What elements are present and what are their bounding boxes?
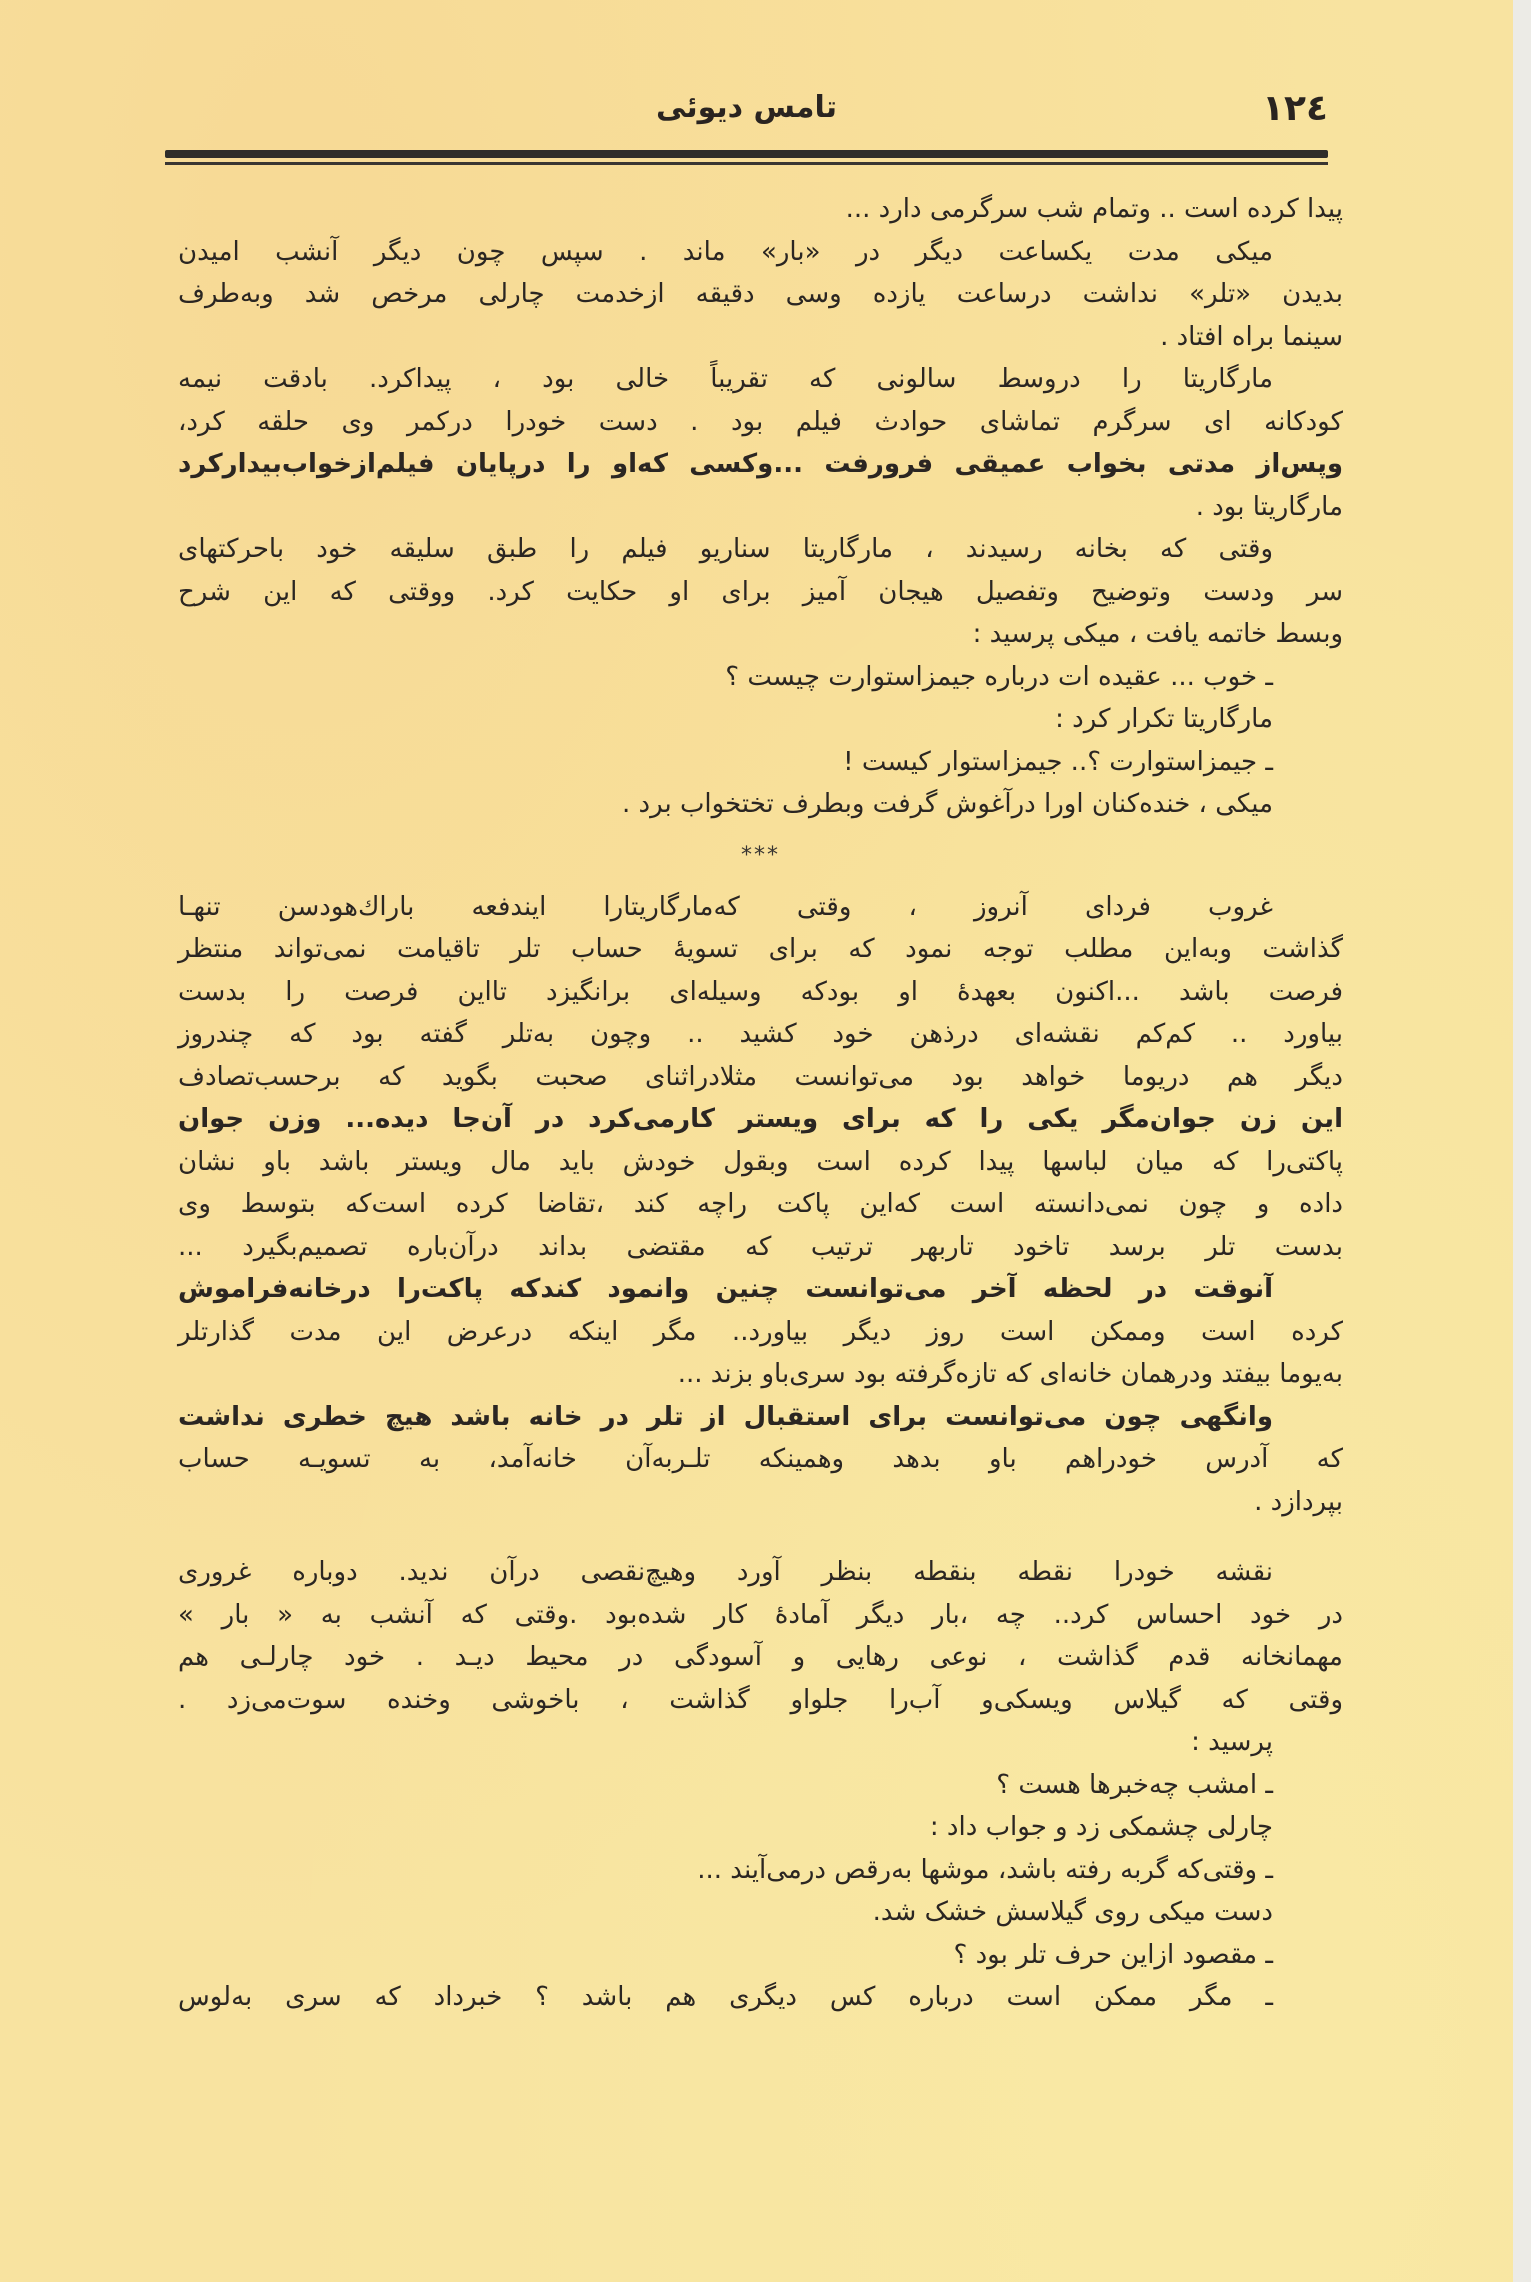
text-line: وانگهی چون می‌توانست برای استقبال از تلر… xyxy=(178,1396,1343,1439)
text-line: سینما براه افتاد . xyxy=(178,316,1343,359)
paragraph-3: مارگاریتا را دروسط سالونی که تقریباً خال… xyxy=(178,358,1343,528)
paragraph-6: آنوقت در لحظه آخر می‌توانست چنین وانمود … xyxy=(178,1268,1343,1396)
text-line: سر ودست وتوضیح وتفصیل هیجان آمیز برای او… xyxy=(178,571,1343,614)
dialog-line: ـ مگر ممکن است درباره کس دیگری هم باشد ؟… xyxy=(178,1976,1343,2019)
section-separator: *** xyxy=(178,826,1343,886)
text-line: کودکانه ای سرگرم تماشای حوادث فیلم بود .… xyxy=(178,401,1343,444)
text-line: پرسید : xyxy=(178,1721,1343,1764)
dialog-line: دست میکی روی گیلاسش خشک شد. xyxy=(178,1891,1343,1934)
dialog-line: ـ مقصود ازاین حرف تلر بود ؟ xyxy=(178,1934,1343,1977)
dialog-line: ـ وقتی‌که گربه رفته باشد، موشها به‌رقص د… xyxy=(178,1849,1343,1892)
text-line: که آدرس خودراهم باو بدهد وهمینکه تلـربه‌… xyxy=(178,1438,1343,1481)
text-line: وبسط خاتمه یافت ، میکی پرسید : xyxy=(178,613,1343,656)
dialog-line: ـ جیمزاستوارت ؟.. جیمزاستوار کیست ! xyxy=(178,741,1343,784)
text-line: آنوقت در لحظه آخر می‌توانست چنین وانمود … xyxy=(178,1268,1343,1311)
text-line: پاکتی‌را که میان لباسها پیدا کرده است وب… xyxy=(178,1141,1343,1184)
text-line: به‌یوما بیفتد ودرهمان خانه‌ای که تازه‌گر… xyxy=(178,1353,1343,1396)
paragraph-1: پیدا کرده است .. وتمام شب سرگرمی دارد ..… xyxy=(178,188,1343,231)
dialog-block-2: ـ امشب چه‌خبرها هست ؟ چارلی چشمکی زد و ج… xyxy=(178,1764,1343,2019)
book-page: ١٢٤ تامس دیوئی پیدا کرده است .. وتمام شب… xyxy=(0,0,1513,2282)
text-line: وقتی که گیلاس ویسکی‌و آب‌را جلواو گذاشت … xyxy=(178,1679,1343,1722)
body-text: پیدا کرده است .. وتمام شب سرگرمی دارد ..… xyxy=(178,188,1343,2019)
dialog-line: چارلی چشمکی زد و جواب داد : xyxy=(178,1806,1343,1849)
text-line: بیاورد .. کم‌کم نقشه‌ای درذهن خود کشید .… xyxy=(178,1013,1343,1056)
paragraph-4: وقتی که بخانه رسیدند ، مارگاریتا سناریو … xyxy=(178,528,1343,656)
running-title: تامس دیوئی xyxy=(165,90,1328,125)
text-line: در خود احساس کرد.. چه ،بار دیگر آمادهٔ ک… xyxy=(178,1594,1343,1637)
text-line: مهمانخانه قدم گذاشت ، نوعی رهایی و آسودگ… xyxy=(178,1636,1343,1679)
text-line: گذاشت وبه‌این مطلب توجه نمود که برای تسو… xyxy=(178,928,1343,971)
text-line: داده و چون نمی‌دانسته است که‌این پاکت را… xyxy=(178,1183,1343,1226)
dialog-block-1: ـ خوب ... عقیده ات درباره جیمزاستوارت چی… xyxy=(178,656,1343,826)
text-line: بدست تلر برسد تاخود تاربهر ترتیب که مقتض… xyxy=(178,1226,1343,1269)
text-line: دیگر هم دریوما خواهد بود می‌توانست مثلاد… xyxy=(178,1056,1343,1099)
text-line: بدیدن «تلر» نداشت درساعت یازده وسی دقیقه… xyxy=(178,273,1343,316)
dialog-line: ـ امشب چه‌خبرها هست ؟ xyxy=(178,1764,1343,1807)
text-line: وپس‌از مدتی بخواب عمیقی فرورفت ...وکسی ک… xyxy=(178,443,1343,486)
dialog-line: مارگاریتا تکرار کرد : xyxy=(178,698,1343,741)
text-line: غروب فردای آنروز ، وقتی که‌مارگاریتارا ا… xyxy=(178,886,1343,929)
text-line: کرده است وممکن است روز دیگر بیاورد.. مگر… xyxy=(178,1311,1343,1354)
dialog-line: میکی ، خنده‌کنان اورا درآغوش گرفت وبطرف … xyxy=(178,783,1343,826)
text-line: بپردازد . xyxy=(178,1481,1343,1524)
paragraph-8: نقشه خودرا نقطه بنقطه بنظر آورد وهیچ‌نقص… xyxy=(178,1551,1343,1764)
text-line: مارگاریتا را دروسط سالونی که تقریباً خال… xyxy=(178,358,1343,401)
text-line: فرصت باشد ...اکنون بعهدهٔ او بودکه وسیله… xyxy=(178,971,1343,1014)
text-line: این زن جوان‌مگر یکی را که برای ویستر کار… xyxy=(178,1098,1343,1141)
text-line: میکی مدت یکساعت دیگر در «بار» ماند . سپس… xyxy=(178,231,1343,274)
paragraph-5: غروب فردای آنروز ، وقتی که‌مارگاریتارا ا… xyxy=(178,886,1343,1269)
header-rule-thick xyxy=(165,150,1328,158)
paragraph-7: وانگهی چون می‌توانست برای استقبال از تلر… xyxy=(178,1396,1343,1524)
dialog-line: ـ خوب ... عقیده ات درباره جیمزاستوارت چی… xyxy=(178,656,1343,699)
paragraph-gap xyxy=(178,1523,1343,1551)
text-line: نقشه خودرا نقطه بنقطه بنظر آورد وهیچ‌نقص… xyxy=(178,1551,1343,1594)
paragraph-2: میکی مدت یکساعت دیگر در «بار» ماند . سپس… xyxy=(178,231,1343,359)
page-header: ١٢٤ تامس دیوئی xyxy=(165,88,1328,138)
text-line: وقتی که بخانه رسیدند ، مارگاریتا سناریو … xyxy=(178,528,1343,571)
text-line: پیدا کرده است .. وتمام شب سرگرمی دارد ..… xyxy=(178,188,1343,231)
header-rule-thin xyxy=(165,162,1328,165)
text-line: مارگاریتا بود . xyxy=(178,486,1343,529)
